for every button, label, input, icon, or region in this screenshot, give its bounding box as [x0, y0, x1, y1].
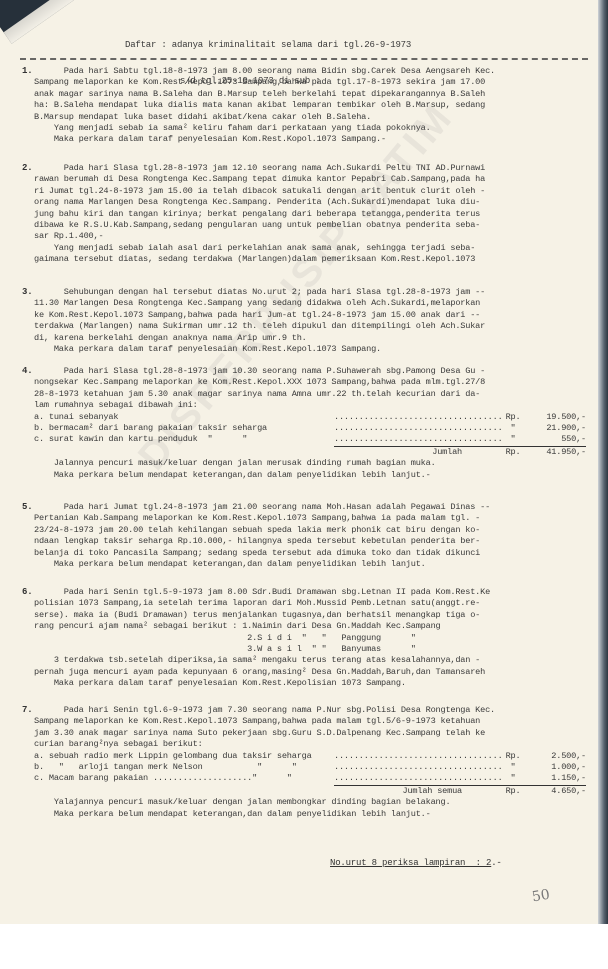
incident-text-line: sar Rp.1.400,- [34, 231, 586, 242]
leader-dots: ........................................ [334, 423, 502, 434]
loss-currency: Rp. [502, 412, 524, 423]
incident-text-line: Yang menjadi sebab ialah asal dari perke… [34, 243, 586, 254]
loss-row: a. tunai sebanyak.......................… [34, 412, 586, 423]
incident-text-line: terdakwa (Marlangen) nama Sukirman umr.1… [34, 321, 586, 332]
incident-item: 1. Pada hari Sabtu tgl.18-8-1973 jam 8.0… [22, 66, 586, 146]
incident-text-line: Sampang melaporkan ke Kom.Rest.Kepol.107… [34, 77, 586, 88]
leader-dots: ........................................ [334, 773, 502, 785]
total-amount: 41.950,- [524, 447, 586, 458]
incident-text-line: nongsekar Kec.Sampang melaporkan ke Kom.… [34, 377, 586, 388]
incident-text-line: 23/24-8-1973 jam 20.00 telah kehilangan … [34, 525, 586, 536]
total-label: Jumlah semua [34, 786, 502, 797]
incident-text-line: Pada hari Senin tgl.5-9-1973 jam 8.00 Sd… [34, 587, 586, 598]
loss-label: c. Macam barang pakaian ................… [34, 773, 334, 785]
incident-text-line: Maka perkara dalam taraf penyelesaian Ko… [34, 344, 586, 355]
incident-number: 6. [22, 587, 32, 598]
incident-text-line: Maka perkara belum mendapat keterangan,d… [34, 470, 586, 481]
incident-text-line: 3 terdakwa tsb.setelah diperiksa,ia sama… [34, 655, 586, 666]
incident-text-line: 28-8-1973 ketahuan jam 5.30 anak magar s… [34, 389, 586, 400]
loss-amount: 550,- [524, 434, 586, 446]
header-divider [20, 58, 588, 60]
incident-text-line: Pada hari Jumat tgl.24-8-1973 jam 21.00 … [34, 502, 586, 513]
incident-text-line: Pertanian Kab.Sampang melaporkan ke Kom.… [34, 513, 586, 524]
document-page: DISPERPUSIP JATIM Daftar : adanya krimin… [0, 0, 598, 924]
incident-text-line: Maka perkara dalam taraf penyelesaian Ko… [34, 134, 586, 145]
incident-item: 3. Sehubungan dengan hal tersebut diatas… [22, 287, 586, 355]
incident-text-line: di, karena berkelahi dengan anaknya nama… [34, 333, 586, 344]
incident-text-line: Maka perkara belum mendapat keterangan,d… [34, 809, 586, 820]
footer-note-text: No.urut 8 periksa lampiran : 2 [330, 858, 491, 868]
incident-text-line: gaimana tersebut diatas, sedang terdakwa… [34, 254, 586, 265]
loss-total-row: JumlahRp.41.950,- [34, 447, 586, 458]
incident-number: 2. [22, 163, 32, 174]
incident-text-line: Pada hari Slasa tgl.28-8-1973 jam 12.10 … [34, 163, 586, 174]
incident-text-line: Pada hari Slasa tgl.28-8-1973 jam 10.30 … [34, 366, 586, 377]
incident-text-line: dibawa ke R.S.U.Kab.Sampang,sedang pengu… [34, 220, 586, 231]
loss-currency: " [502, 423, 524, 434]
scan-edge [598, 0, 608, 924]
incident-text-line: 2.S i d i " " Panggung " [34, 633, 586, 644]
incident-text-line: lam rumahnya sebagai dibawah ini: [34, 400, 586, 411]
loss-amount: 1.000,- [524, 762, 586, 773]
incident-text-line: serse). maka ia (Budi Dramawan) terus me… [34, 610, 586, 621]
total-currency: Rp. [502, 786, 524, 797]
loss-currency: " [502, 434, 524, 446]
incident-text-line: 11.30 Marlangen Desa Rongtenga Kec.Sampa… [34, 298, 586, 309]
loss-amount: 2.500,- [524, 751, 586, 762]
incident-number: 3. [22, 287, 32, 298]
loss-currency: " [502, 773, 524, 785]
loss-row: c. Macam barang pakaian ................… [34, 773, 586, 785]
incident-text-line: rawan berumah di Desa Rongtenga Kec.Samp… [34, 174, 586, 185]
incident-number: 1. [22, 66, 32, 77]
loss-row: b. " arloji tangan merk Nelson " "......… [34, 762, 586, 773]
loss-row: a. sebuah radio merk Lippin gelombang du… [34, 751, 586, 762]
total-amount: 4.650,- [524, 786, 586, 797]
footer-note-suffix: .- [491, 858, 501, 868]
incident-item: 4. Pada hari Slasa tgl.28-8-1973 jam 10.… [22, 366, 586, 481]
footer-note: No.urut 8 periksa lampiran : 2.- [330, 858, 502, 869]
incident-item: 7. Pada hari Senin tgl.6-9-1973 jam 7.30… [22, 705, 586, 820]
incident-text-line: ha: B.Saleha mendapat luka dialis mata k… [34, 100, 586, 111]
incident-text-line: jam 3.30 anak magar sarinya nama Suto pe… [34, 728, 586, 739]
loss-label: c. surat kawin dan kartu penduduk " " [34, 434, 334, 446]
folded-corner [0, 0, 110, 44]
incident-number: 7. [22, 705, 32, 716]
incident-text-line: Pada hari Senin tgl.6-9-1973 jam 7.30 se… [34, 705, 586, 716]
incident-text-line: Sehubungan dengan hal tersebut diatas No… [34, 287, 586, 298]
incident-text-line: Maka perkara dalam taraf penyelesaian Ko… [34, 678, 586, 689]
loss-row: c. surat kawin dan kartu penduduk " "...… [34, 434, 586, 446]
incident-number: 5. [22, 502, 32, 513]
loss-amount: 1.150,- [524, 773, 586, 785]
total-label: Jumlah [34, 447, 502, 458]
loss-label: a. sebuah radio merk Lippin gelombang du… [34, 751, 334, 762]
incident-number: 4. [22, 366, 32, 377]
loss-label: b. " arloji tangan merk Nelson " " [34, 762, 334, 773]
signature-mark: 50 [531, 887, 551, 906]
incident-text-line: Jalannya pencuri masuk/keluar dengan jal… [34, 458, 586, 469]
loss-label: a. tunai sebanyak [34, 412, 334, 423]
incident-item: 6. Pada hari Senin tgl.5-9-1973 jam 8.00… [22, 587, 586, 690]
incident-text-line: belanja di toko Pancasila Sampang; sedan… [34, 548, 586, 559]
incident-text-line: B.Marsup mendapat luka baset didahi akib… [34, 112, 586, 123]
leader-dots: ........................................ [334, 751, 502, 762]
incident-text-line: Maka perkara belum mendapat keterangan,d… [34, 559, 586, 570]
loss-currency: Rp. [502, 751, 524, 762]
loss-total-row: Jumlah semuaRp.4.650,- [34, 786, 586, 797]
loss-label: b. bermacam² dari barang pakaian taksir … [34, 423, 334, 434]
incident-text-line: anak magar sarinya nama B.Saleha dan B.M… [34, 89, 586, 100]
leader-dots: ........................................ [334, 434, 502, 446]
incident-text-line: jung bahu kiri dan tangan kirinya; berka… [34, 209, 586, 220]
leader-dots: ........................................ [334, 412, 502, 423]
incident-text-line: Yalajannya pencuri masuk/keluar dengan j… [34, 797, 586, 808]
loss-amount: 19.500,- [524, 412, 586, 423]
incident-text-line: 3.W a s i l " " Banyumas " [34, 644, 586, 655]
leader-dots: ........................................ [334, 762, 502, 773]
incident-text-line: ke Kom.Rest.Kepol.1073 Sampang,bahwa pad… [34, 310, 586, 321]
incident-text-line: orang nama Marlangen Desa Rongtenga Kec.… [34, 197, 586, 208]
title-line-1: Daftar : adanya kriminalitait selama dar… [125, 39, 411, 51]
loss-amount: 21.900,- [524, 423, 586, 434]
incident-item: 5. Pada hari Jumat tgl.24-8-1973 jam 21.… [22, 502, 586, 570]
total-currency: Rp. [502, 447, 524, 458]
incident-text-line: Yang menjadi sebab ia sama² keliru faham… [34, 123, 586, 134]
incident-text-line: ndaan lengkap taksir seharga Rp.10.000,-… [34, 536, 586, 547]
incident-text-line: polisian 1073 Sampang,ia setelah terima … [34, 598, 586, 609]
incident-text-line: Sampang melaporkan ke Kom.Rest.Kepol.107… [34, 716, 586, 727]
incident-text-line: pernah juga mencuri ayam pada kepunyaan … [34, 667, 586, 678]
loss-currency: " [502, 762, 524, 773]
incident-text-line: rang pencuri ajam nama² sebagai berikut … [34, 621, 586, 632]
incident-text-line: ri Jumat tgl.24-8-1973 jam 15.00 ia tela… [34, 186, 586, 197]
loss-row: b. bermacam² dari barang pakaian taksir … [34, 423, 586, 434]
incident-item: 2. Pada hari Slasa tgl.28-8-1973 jam 12.… [22, 163, 586, 266]
incident-text-line: curian barang²nya sebagai berikut: [34, 739, 586, 750]
incident-text-line: Pada hari Sabtu tgl.18-8-1973 jam 8.00 s… [34, 66, 586, 77]
